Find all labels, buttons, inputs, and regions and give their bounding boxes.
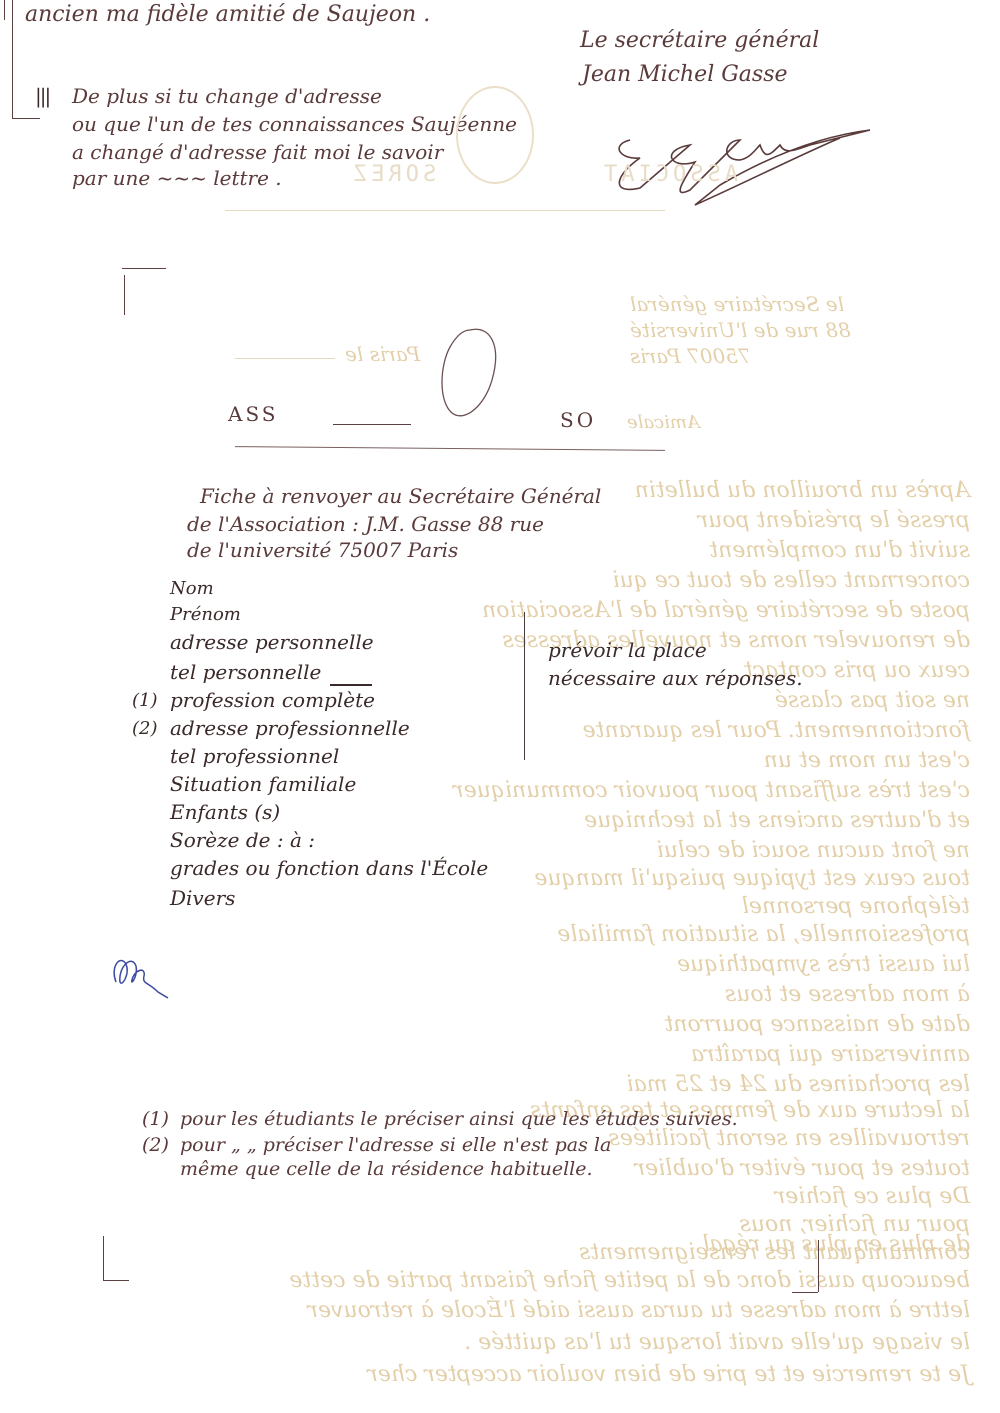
bleed-line: anniversaire qui paraîtra <box>30 1042 970 1067</box>
bleed-line: ne font aucun souci de celui <box>500 838 970 863</box>
bleed-line: téléphone personnel <box>480 894 970 919</box>
footnote-1-text: pour les étudiants le préciser ainsi que… <box>180 1108 738 1130</box>
form-field-adresse-personnelle: adresse personnelle <box>170 630 374 654</box>
form-field-grades: grades ou fonction dans l'École <box>170 856 488 880</box>
footnote-2-text-cont: même que celle de la résidence habituell… <box>180 1158 593 1180</box>
bleed-line: De plus ce fichier <box>30 1184 970 1209</box>
form-field-adresse-professionnelle: adresse professionnelle <box>170 716 410 740</box>
side-note-line: prévoir la place <box>548 638 707 662</box>
reverse-address-line: 75007 Paris <box>630 344 890 368</box>
faint-circle-stamp-icon <box>450 80 540 190</box>
footnote-marker-2: (2) <box>132 718 158 739</box>
bleed-line: et d'autres anciens et la technique <box>500 808 970 833</box>
faint-date-rule <box>235 358 335 359</box>
reverse-address-line: 88 rue de l'Université <box>630 318 890 342</box>
bleed-line: ne soit pas classé <box>700 688 970 713</box>
postscript-line: De plus si tu change d'adresse <box>72 84 382 108</box>
bleed-line: suivit d'un complément <box>560 538 970 563</box>
letter-closing-line: ancien ma fidèle amitié de Saujeon . <box>25 2 430 27</box>
postscript-line: par une ~~~ lettre . <box>72 166 282 190</box>
bleed-line: Je te remercie et te prie de bien vouloi… <box>30 1362 970 1387</box>
form-title-line: de l'Association : J.M. Gasse 88 rue <box>187 512 544 536</box>
footnote-2-text: pour „ „ préciser l'adresse si elle n'es… <box>180 1134 611 1156</box>
form-field-profession: profession complète <box>170 688 375 712</box>
crop-bracket-right-side <box>818 1240 819 1292</box>
blue-initials-scribble-icon <box>108 952 178 1002</box>
form-field-enfants: Enfants (s) <box>170 800 280 824</box>
side-note-line: nécessaire aux réponses. <box>548 666 803 690</box>
signature-title: Le secrétaire général <box>580 28 819 53</box>
form-field-soreze-dates: Sorèze de : à : <box>170 828 315 852</box>
form-field-tel-personnel: tel personnelle <box>170 660 321 684</box>
header-left-text: ASS <box>228 402 279 426</box>
faint-rule <box>225 210 665 211</box>
header-rule <box>235 446 665 451</box>
header-right-faint: Amicale <box>590 412 700 433</box>
corner-bracket-top <box>122 268 166 269</box>
crop-bracket-left-foot <box>103 1280 129 1281</box>
bleed-line: les prochaines du 24 et 25 mai <box>30 1072 970 1097</box>
crop-bracket-left-side <box>103 1236 104 1280</box>
bleed-line: date de naissance pourront <box>30 1012 970 1037</box>
footnote-2-marker: (2) <box>142 1134 169 1156</box>
footnote-marker-1: (1) <box>132 690 158 711</box>
crop-bracket-right-foot <box>792 1292 818 1293</box>
reverse-address-line: le Secrétaire général <box>630 292 890 316</box>
bleed-line: c'est très suffisant pour pouvoir commun… <box>500 778 970 803</box>
postscript-line: a changé d'adresse fait moi le savoir <box>72 140 443 164</box>
footnote-1-marker: (1) <box>142 1108 169 1130</box>
form-field-situation-familiale: Situation familiale <box>170 772 356 796</box>
form-title-line: Fiche à renvoyer au Secrétaire Général <box>200 484 601 508</box>
faint-date-line: Paris le <box>345 342 420 366</box>
signature-scrawl-icon <box>600 100 920 210</box>
bleed-line: pressé le président pour <box>590 508 970 533</box>
postscript-marker: ||| <box>35 84 49 108</box>
signature-name: Jean Michel Gasse <box>582 62 788 87</box>
header-dash <box>333 424 411 425</box>
form-field-prenom: Prénom <box>170 604 241 625</box>
strikeout-mark <box>330 684 372 686</box>
bleed-line: tous ceux est typique puisqu'il manque <box>480 866 970 891</box>
bleed-line: professionnelle, la situation familiale <box>480 922 970 947</box>
bleed-line: Après un brouillon du bulletin <box>600 478 970 503</box>
form-divider-line <box>524 612 525 760</box>
hand-drawn-oval-icon <box>430 325 510 425</box>
bleed-line: beaucoup aussi donc de la petite fiche f… <box>30 1268 970 1293</box>
bleed-line: c'est un nom et un <box>550 748 970 773</box>
margin-bracket-foot <box>12 118 40 119</box>
corner-bracket-side <box>124 275 125 315</box>
margin-arrow-line <box>4 0 5 20</box>
form-field-nom: Nom <box>170 578 214 599</box>
margin-bracket-line <box>12 0 13 118</box>
bleed-line: de plus en plus au régal <box>620 1232 970 1257</box>
bleed-line: le visage qu'elle avait lorsque tu l'as … <box>250 1330 970 1355</box>
faint-stamp-associat: ASSOCIAT <box>600 162 738 187</box>
bleed-line: fonctionnement. Pour les quarante <box>550 718 970 743</box>
form-title-line: de l'université 75007 Paris <box>187 538 458 562</box>
bleed-line: lettre à mon adresse tu auras aussi aidé… <box>30 1298 970 1323</box>
form-field-divers: Divers <box>170 886 235 910</box>
faint-stamp-sorez: SOREZ <box>350 162 436 187</box>
form-field-tel-professionnel: tel professionnel <box>170 744 339 768</box>
